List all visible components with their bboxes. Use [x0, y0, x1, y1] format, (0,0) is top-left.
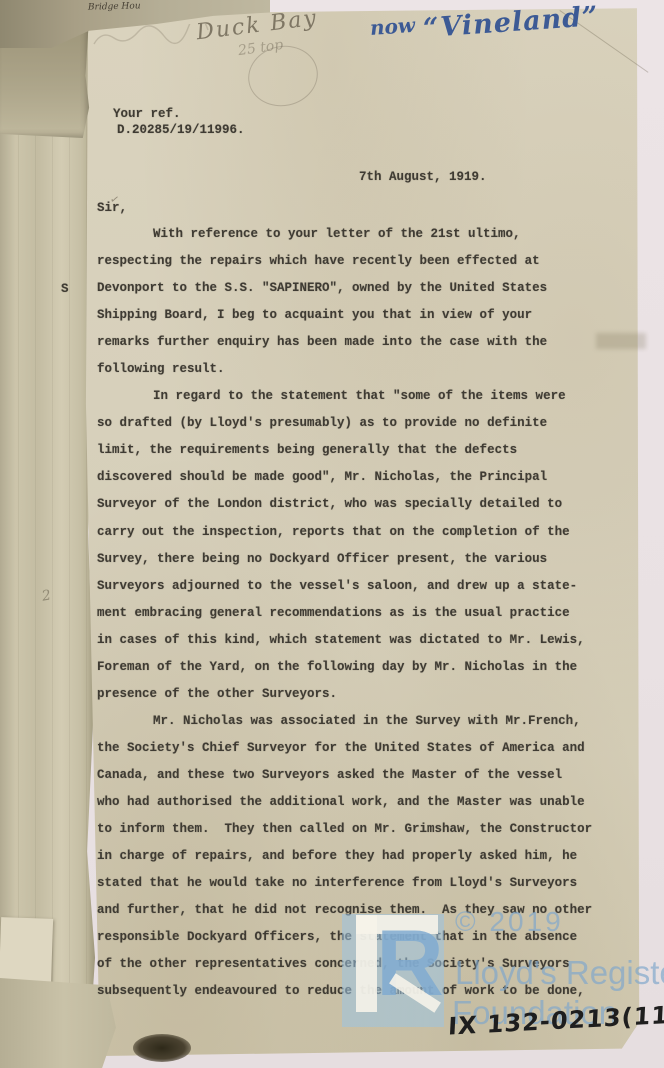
letter-line: Shipping Board, I beg to acquaint you th…	[97, 302, 621, 329]
letter-line: stated that he would take no interferenc…	[97, 870, 621, 897]
letter-line: Canada, and these two Surveyors asked th…	[97, 762, 621, 789]
paper-flap-small	[0, 917, 53, 987]
faint-pencil-scribble	[92, 24, 212, 59]
letter-line: With reference to your letter of the 21s…	[97, 221, 621, 248]
letter-line: Mr. Nicholas was associated in the Surve…	[97, 708, 621, 735]
your-ref-label: Your ref.	[113, 106, 245, 122]
letter-line: Devonport to the S.S. "SAPINERO", owned …	[97, 275, 621, 302]
letter-line: carry out the inspection, reports that o…	[97, 519, 621, 546]
letter-line: Survey, there being no Dockyard Officer …	[97, 546, 621, 573]
letter-line: respecting the repairs which have recent…	[97, 248, 621, 275]
erased-smudge	[596, 333, 646, 349]
letter-body: With reference to your letter of the 21s…	[97, 221, 621, 1005]
paper-stack-creases	[18, 0, 88, 1064]
letter-line: so drafted (by Lloyd's presumably) as to…	[97, 410, 621, 437]
letter-line: in cases of this kind, which statement w…	[97, 627, 621, 654]
letter-line: presence of the other Surveyors.	[97, 681, 621, 708]
letter-line: who had authorised the additional work, …	[97, 789, 621, 816]
letter-line: ment embracing general recommendations a…	[97, 600, 621, 627]
scanned-letter-scene: Bridge Hou Duck Bay 25 top now“Vineland”…	[0, 0, 664, 1068]
lr-logo-bar-left	[356, 915, 377, 1012]
letter-line: Surveyors adjourned to the vessel's salo…	[97, 573, 621, 600]
margin-letter: S	[61, 282, 69, 296]
letter-line: in charge of repairs, and before they ha…	[97, 843, 621, 870]
letter-line: following result.	[97, 356, 621, 383]
salutation: Sir,	[97, 201, 127, 215]
watermark-name-line1: Lloyd's Register	[455, 954, 664, 992]
letter-line: discovered should be made good", Mr. Nic…	[97, 464, 621, 491]
your-ref-block: Your ref. D.20285/19/11996.	[113, 106, 245, 138]
letter-line: to inform them. They then called on Mr. …	[97, 816, 621, 843]
fragment-print-text: Bridge Hou	[88, 1, 141, 12]
letter-date: 7th August, 1919.	[359, 170, 487, 184]
watermark-copyright: © 2019	[455, 906, 564, 938]
letter-line: remarks further enquiry has been made in…	[97, 329, 621, 356]
your-ref-number: D.20285/19/11996.	[113, 122, 245, 138]
letter-line: limit, the requirements being generally …	[97, 437, 621, 464]
lr-logo: R	[342, 914, 444, 1027]
ink-annotation-prefix: now	[369, 13, 416, 40]
letter-line: the Society's Chief Surveyor for the Uni…	[97, 735, 621, 762]
paper-hole	[133, 1034, 191, 1062]
letter-line: Surveyor of the London district, who was…	[97, 491, 621, 518]
letter-line: Foreman of the Yard, on the following da…	[97, 654, 621, 681]
letter-line: In regard to the statement that "some of…	[97, 383, 621, 410]
